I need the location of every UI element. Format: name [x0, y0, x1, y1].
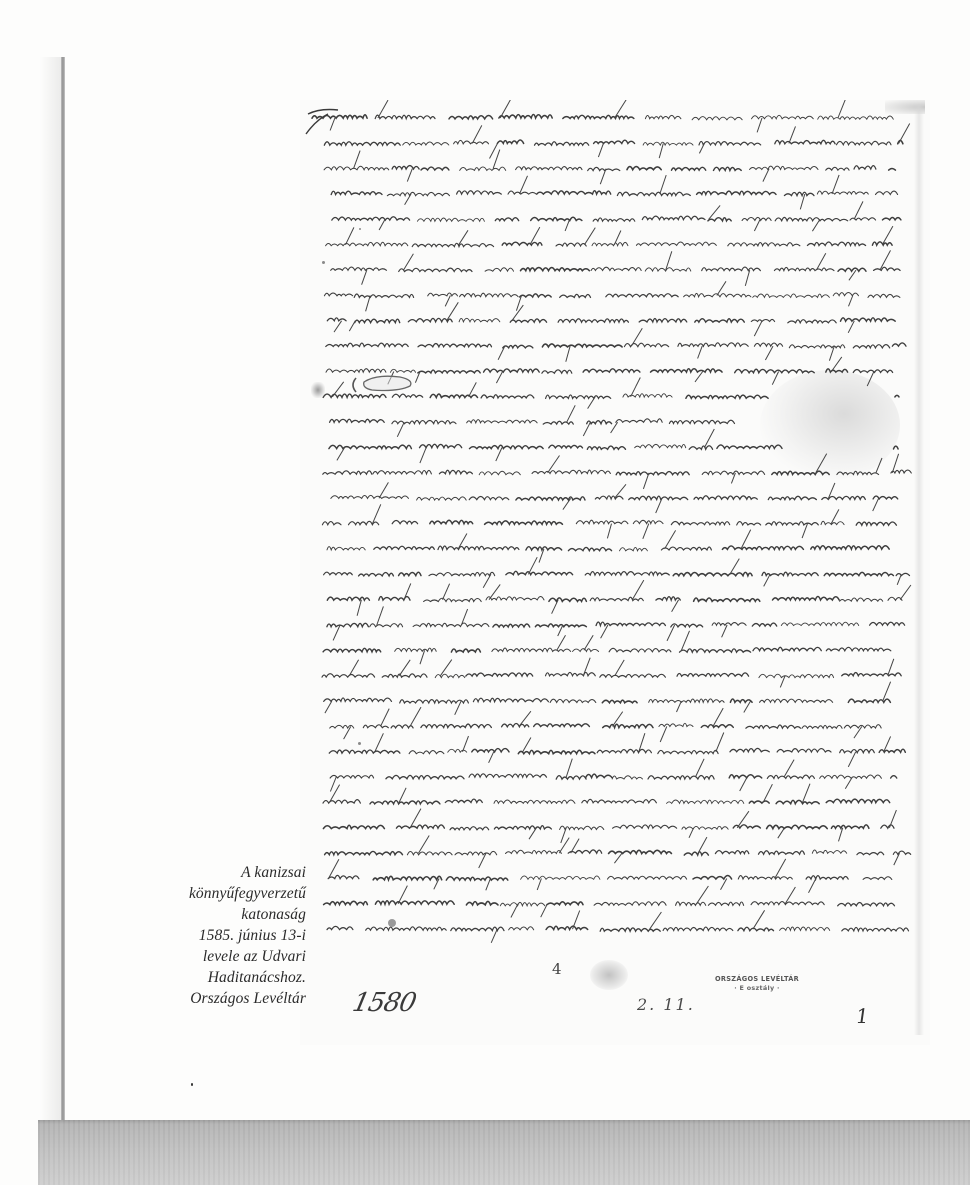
figure-caption: A kanizsai könnyűfegyverzetű katonaság 1… [100, 862, 306, 1009]
binding-edge [61, 57, 65, 1123]
caption-line: Haditanácshoz. [100, 967, 306, 988]
shelf-mark: 2. 11. [637, 995, 695, 1014]
scanned-page: 1580 4 2. 11. ORSZÁGOS LEVÉLTÁR · E oszt… [0, 0, 970, 1185]
margin-dot [322, 261, 325, 264]
margin-dot [191, 1083, 193, 1086]
caption-line: 1585. június 13-i [100, 925, 306, 946]
caption-line: levele az Udvari [100, 946, 306, 967]
caption-line: könnyűfegyverzetű [100, 883, 306, 904]
manuscript-image [300, 100, 930, 1045]
margin-dot [388, 919, 396, 927]
stamp-line-2: · E osztály · [712, 984, 802, 993]
margin-blot [311, 382, 325, 398]
caption-line: Országos Levéltár [100, 988, 306, 1009]
margin-dot [359, 228, 361, 230]
handwritten-text [300, 100, 930, 1045]
folio-number: 1580 [350, 988, 419, 1018]
caption-line: katonaság [100, 904, 306, 925]
binding-shadow [40, 57, 62, 1123]
small-number-note: 4 [552, 960, 562, 978]
facing-page-edge [38, 1120, 970, 1185]
margin-bracket-mark [348, 372, 418, 398]
margin-dot [358, 742, 361, 745]
archive-stamp: ORSZÁGOS LEVÉLTÁR · E osztály · [712, 975, 802, 993]
stamp-line-1: ORSZÁGOS LEVÉLTÁR [712, 975, 802, 984]
caption-line: A kanizsai [100, 862, 306, 883]
